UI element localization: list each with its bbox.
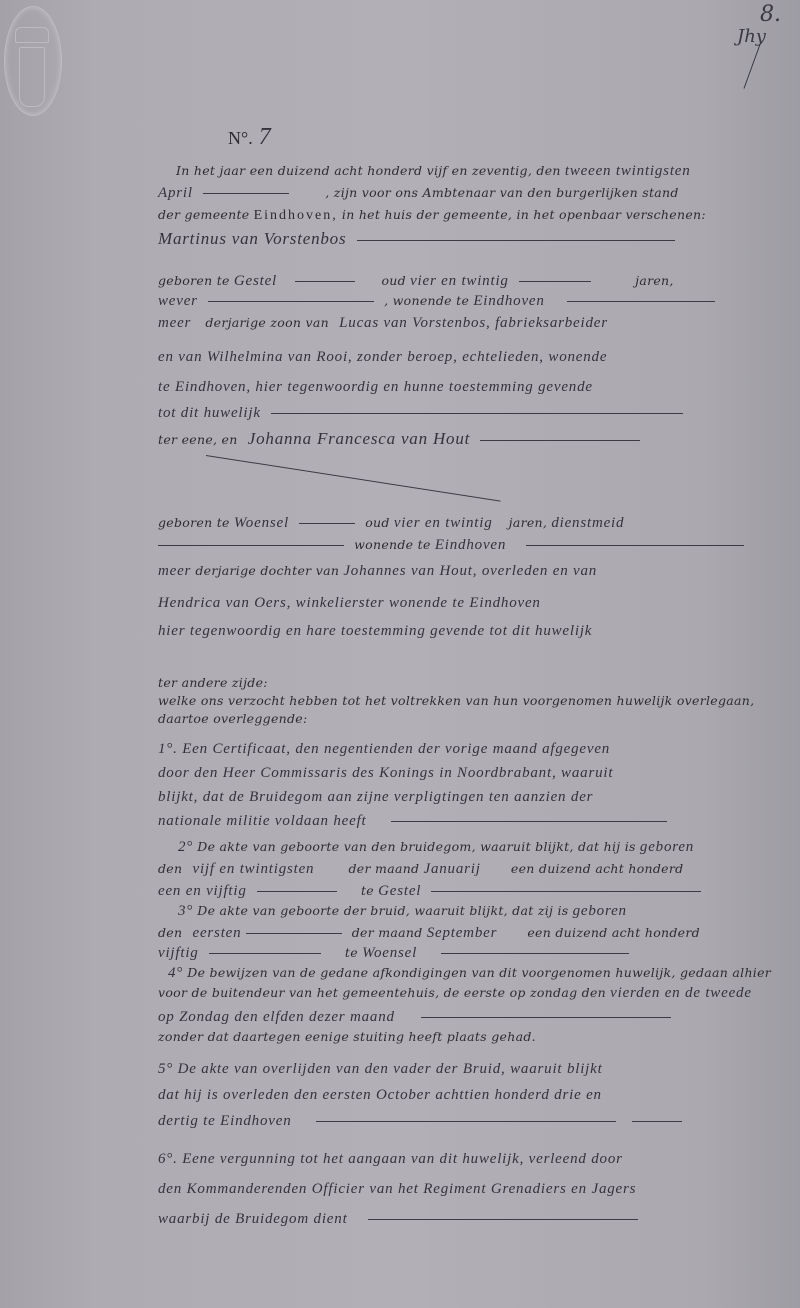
bride-birthplace: Woensel	[234, 515, 289, 531]
line-groom-name: Martinus van Vorstenbos	[158, 228, 758, 250]
handwritten-text: geboren	[640, 839, 694, 855]
handwritten-text: nationale militie voldaan heeft	[158, 813, 367, 829]
groom-occupation: wever	[158, 293, 198, 309]
blank-line	[421, 1017, 671, 1018]
blank-line	[526, 545, 744, 546]
line-consent-end: tot dit huwelijk	[158, 402, 758, 424]
printed-text: een duizend acht honderd	[511, 861, 684, 876]
bride-residence: Eindhoven	[435, 537, 506, 553]
printed-text: in het huis der gemeente, in het openbaa…	[342, 207, 706, 222]
blank-line	[257, 891, 337, 892]
municipality-name: Eindhoven,	[254, 208, 338, 223]
line-bride-consent: hier tegenwoordig en hare toestemming ge…	[158, 620, 758, 642]
handwritten-text: 6°. Eene vergunning tot het aangaan van …	[158, 1151, 623, 1167]
printed-text: jaren,	[635, 273, 674, 288]
printed-text: De akte van geboorte van den bruidegom, …	[197, 839, 636, 854]
handwritten-month: April	[158, 185, 193, 201]
item-4-line-a: 4° De bewijzen van de gedane afkondiging…	[158, 962, 758, 984]
printed-text: zonder dat daartegen eenige stuiting hee…	[158, 1029, 536, 1044]
item-3-line-c: vijftig te Woensel	[158, 942, 758, 964]
handwritten-day: tweeen twintigsten	[565, 163, 691, 179]
printed-text: oud	[381, 273, 405, 288]
printed-text: te	[361, 883, 374, 898]
bride-age: vier en twintig	[394, 515, 493, 531]
blank-line	[299, 523, 355, 524]
printed-text: den	[158, 861, 182, 876]
printed-text: te	[345, 945, 358, 960]
civil-registry-marriage-record-page: 8. Jhy N°.7 In het jaar een duizend acht…	[0, 0, 800, 1308]
handwritten-text: waarbij de Bruidegom dient	[158, 1211, 348, 1227]
second-proclamation: op Zondag den elfden dezer maand	[158, 1009, 395, 1025]
blank-line	[208, 301, 374, 302]
bride-name: Johanna Francesca van Hout	[248, 429, 470, 448]
printed-text: De bewijzen van de gedane afkondigingen …	[187, 965, 771, 980]
crown-emboss	[15, 27, 49, 43]
act-number: N°.7	[228, 124, 272, 151]
line-groom-mother: en van Wilhelmina van Rooi, zonder beroe…	[158, 346, 758, 368]
line-submitting: daartoe overleggende:	[158, 708, 758, 730]
item-6-line-b: den Kommanderenden Officier van het Regi…	[158, 1178, 758, 1200]
blank-line	[632, 1121, 682, 1122]
blank-line	[441, 953, 629, 954]
handwritten-text: tot dit huwelijk	[158, 405, 261, 421]
line-bride-birth: geboren te Woensel oud vier en twintig j…	[158, 512, 758, 534]
printed-text: De akte van geboorte der bruid, waaruit …	[197, 903, 568, 918]
blank-line	[246, 933, 342, 934]
printed-text: ter andere zijde:	[158, 675, 268, 690]
handwritten-text: meer	[158, 315, 191, 331]
item-number: 3°	[178, 903, 193, 919]
embossed-seal-icon	[4, 6, 62, 116]
blank-line	[271, 413, 683, 414]
groom-father: Lucas van Vorstenbos, fabrieksarbeider	[339, 315, 608, 331]
item-number: 4°	[168, 965, 183, 981]
groom-birth-day: vijf en twintigsten	[193, 861, 315, 877]
handwritten-text: 5° De akte van overlijden van den vader …	[158, 1061, 603, 1077]
line-groom-birth: geboren te Gestel oud vier en twintig ja…	[158, 270, 758, 292]
item-3-line-b: den eersten der maand September een duiz…	[158, 922, 758, 944]
act-number-value: 7	[259, 124, 272, 150]
item-1-line-a: 1°. Een Certificaat, den negentienden de…	[158, 738, 758, 760]
line-groom-residence: wever , wonende te Eindhoven	[158, 290, 758, 312]
item-6-line-a: 6°. Eene vergunning tot het aangaan van …	[158, 1148, 758, 1170]
groom-residence: Eindhoven	[473, 293, 544, 309]
item-5-line-b: dat hij is overleden den eersten October…	[158, 1084, 758, 1106]
bride-father: Johannes van Hout, overleden en van	[343, 563, 597, 579]
item-2-line-c: een en vijftig te Gestel	[158, 880, 758, 902]
line-date: In het jaar een duizend acht honderd vij…	[176, 160, 776, 182]
printed-text: den	[158, 925, 182, 940]
blank-line	[203, 193, 289, 194]
handwritten-text: geboren	[573, 903, 627, 919]
printed-text: jaren,	[509, 515, 548, 530]
first-proclamation: vierden en de tweede	[610, 985, 752, 1001]
printed-text: derjarige dochter van	[195, 563, 339, 578]
blank-line	[158, 545, 344, 546]
shield-emboss	[19, 47, 45, 107]
line-municipality: der gemeente Eindhoven, in het huis der …	[158, 204, 758, 226]
bride-birth-month: September	[427, 925, 498, 941]
blank-line	[391, 821, 667, 822]
line-bride-residence: wonende te Eindhoven	[158, 534, 758, 556]
groom-birth-month: Januarij	[424, 861, 481, 877]
item-number: 2°	[178, 839, 193, 855]
handwritten-text: te Eindhoven, hier tegenwoordig en hunne…	[158, 379, 593, 395]
item-5-line-c: dertig te Eindhoven	[158, 1110, 758, 1132]
groom-mother: en van Wilhelmina van Rooi, zonder beroe…	[158, 349, 607, 365]
item-1-line-b: door den Heer Commissaris des Konings in…	[158, 762, 758, 784]
printed-text: derjarige zoon van	[205, 315, 329, 330]
groom-birth-place: Gestel	[378, 883, 421, 899]
blank-line	[316, 1121, 616, 1122]
groom-name: Martinus van Vorstenbos	[158, 229, 346, 248]
item-1-line-c: blijkt, dat de Bruidegom aan zijne verpl…	[158, 786, 758, 808]
printed-text: , zijn voor ons Ambtenaar van den burger…	[325, 185, 678, 200]
item-2-line-b: den vijf en twintigsten der maand Januar…	[158, 858, 758, 880]
blank-line	[567, 301, 715, 302]
handwritten-text: blijkt, dat de Bruidegom aan zijne verpl…	[158, 789, 593, 805]
handwritten-text: door den Heer Commissaris des Konings in…	[158, 765, 613, 781]
printed-text: der maand	[349, 861, 420, 876]
item-6-line-c: waarbij de Bruidegom dient	[158, 1208, 758, 1230]
folio-stroke	[743, 41, 761, 88]
printed-text: daartoe overleggende:	[158, 711, 308, 726]
handwritten-text: dertig te Eindhoven	[158, 1113, 292, 1129]
bride-occupation: dienstmeid	[551, 515, 624, 531]
bride-birth-day: eersten	[193, 925, 242, 941]
folio-initials: Jhy	[737, 26, 766, 47]
blank-line	[209, 953, 321, 954]
line-bride-mother: Hendrica van Oers, winkelierster wonende…	[158, 592, 758, 614]
handwritten-text: meer	[158, 563, 191, 579]
line-bride-parents: meer derjarige dochter van Johannes van …	[158, 560, 758, 582]
item-5-line-a: 5° De akte van overlijden van den vader …	[158, 1058, 758, 1080]
bride-birth-place: Woensel	[362, 945, 417, 961]
groom-birthplace: Gestel	[234, 273, 277, 289]
bride-mother: Hendrica van Oers, winkelierster wonende…	[158, 595, 541, 611]
printed-text: In het jaar een duizend acht honderd vij…	[176, 163, 561, 178]
line-month: April , zijn voor ons Ambtenaar van den …	[158, 182, 758, 204]
item-4-line-c: op Zondag den elfden dezer maand	[158, 1006, 758, 1028]
printed-text: oud	[365, 515, 389, 530]
folio-number: 8.	[760, 2, 781, 27]
act-number-label: N°.	[228, 128, 253, 148]
groom-birth-year: een en vijftig	[158, 883, 247, 899]
blank-line	[431, 891, 701, 892]
handwritten-text: hier tegenwoordig en hare toestemming ge…	[158, 623, 592, 639]
item-2-line-a: 2° De akte van geboorte van den bruidego…	[158, 836, 758, 858]
groom-age: vier en twintig	[410, 273, 509, 289]
printed-text: der maand	[352, 925, 423, 940]
line-consent: te Eindhoven, hier tegenwoordig en hunne…	[158, 376, 758, 398]
printed-text: voor de buitendeur van het gemeentehuis,…	[158, 985, 606, 1000]
printed-text: wonende te	[354, 537, 431, 552]
blank-line	[368, 1219, 638, 1220]
printed-text: welke ons verzocht hebben tot het voltre…	[158, 693, 754, 708]
strike-line	[206, 455, 501, 502]
item-3-line-a: 3° De akte van geboorte der bruid, waaru…	[158, 900, 758, 922]
blank-line	[519, 281, 591, 282]
item-4-line-d: zonder dat daartegen eenige stuiting hee…	[158, 1026, 758, 1048]
handwritten-text: den Kommanderenden Officier van het Regi…	[158, 1181, 636, 1197]
blank-line	[295, 281, 355, 282]
handwritten-text: dat hij is overleden den eersten October…	[158, 1087, 602, 1103]
line-bride-name: ter eene, en Johanna Francesca van Hout	[158, 428, 758, 450]
bride-birth-year: vijftig	[158, 945, 199, 961]
printed-text: ter eene, en	[158, 432, 238, 447]
handwritten-text: 1°. Een Certificaat, den negentienden de…	[158, 741, 610, 757]
item-1-line-d: nationale militie voldaan heeft	[158, 810, 758, 832]
printed-text: der gemeente	[158, 207, 249, 222]
line-groom-parents: meer derjarige zoon van Lucas van Vorste…	[158, 312, 758, 334]
item-4-line-b: voor de buitendeur van het gemeentehuis,…	[158, 982, 758, 1004]
printed-text: geboren te	[158, 515, 230, 530]
blank-line	[357, 240, 675, 241]
blank-line	[480, 440, 640, 441]
printed-text: geboren te	[158, 273, 230, 288]
printed-text: een duizend acht honderd	[527, 925, 700, 940]
printed-text: , wonende te	[384, 293, 469, 308]
